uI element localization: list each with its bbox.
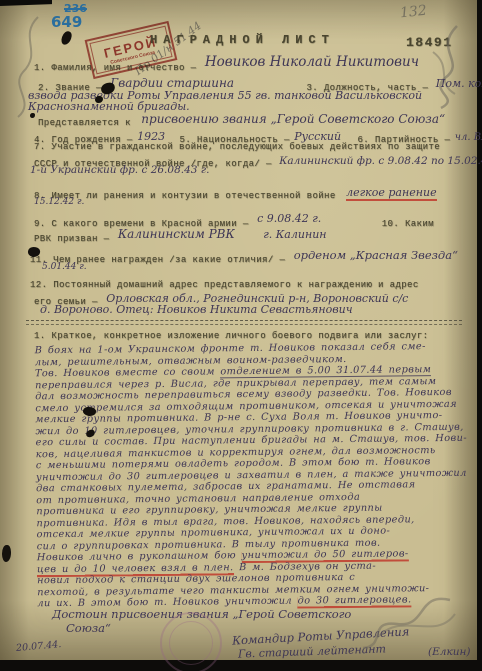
ink-blot [2, 545, 11, 562]
field-war-participation-label: 7. Участие в гражданской войне, последую… [34, 142, 440, 152]
feat-line-19-underlined: уничтожил до 50 гитлеров- [241, 548, 408, 561]
presented-for-row: Представляется к присвоению звания „Геро… [38, 112, 445, 130]
presented-for-value: присвоению звания „Герой Советского Союз… [141, 112, 445, 126]
feat-line-19-pre: Новиков лично в рукопашном бою [37, 550, 242, 563]
feat-heading: 1. Краткое, конкретное изложение личного… [34, 331, 428, 341]
dashed-divider [26, 320, 462, 325]
field-previous-awards-row: 11. Чем ранее награжден /за какие отличи… [30, 249, 458, 267]
field-rank-value: Гвардии старшина [110, 76, 234, 90]
field-wounds-value: легкое ранение [346, 186, 436, 199]
ink-blot [60, 30, 73, 46]
field-previous-awards-value: орденом „Красная Звезда“ [294, 248, 458, 262]
round-seal-stamp [160, 612, 222, 671]
conclusion-line2: Союза“ [66, 621, 111, 635]
signature-date: 20.07.44. [16, 639, 62, 654]
document-title: НАГРАДНОЙ ЛИСТ [150, 33, 335, 47]
field-position-value: Пом. ком-ра [436, 77, 482, 90]
field-name-row: 1. Фамилия, имя и отчество — Новиков Ник… [34, 57, 419, 75]
field-drafted-by-value: Калининским РВК [118, 227, 235, 241]
scan-edge-top [0, 0, 52, 6]
presented-for-label: Представляется к [38, 118, 131, 128]
scanned-award-document: 236 649 Пр 01/н 51.44 ГЕРОЙ Советского С… [0, 0, 482, 671]
field-war-participation-value: Калининский фр. с 9.08.42 по 15.02.43 [279, 155, 482, 167]
signature-scribble-bottom [355, 588, 465, 656]
signature-scribble-top [415, 22, 475, 112]
field-previous-awards-date: 5.01.44 г. [42, 262, 87, 272]
field-wounds-row: 8. Имеет ли ранения и контузии в отечест… [34, 185, 437, 203]
field-drafted-by-label: 10. Каким [382, 219, 434, 229]
field-home-address-label: 12. Постоянный домашний адрес представля… [30, 280, 419, 290]
sheet-number: 132 [399, 3, 427, 22]
field-drafted-by-city: г. Калинин [263, 228, 326, 241]
field-drafted-by-row2: РВК призван — Калининским РВК г. Калинин [34, 228, 327, 246]
field-party-value: чл. ВЛКСМ [455, 132, 482, 143]
feat-line-20-post: В м. Бодзехув он уста- [233, 560, 376, 572]
field-wounds-date: 15.12.42 г. [34, 197, 84, 207]
field-drafted-by-label2: РВК призван — [34, 234, 109, 244]
field-home-address-value2: д. Вороново. Отец: Новиков Никита Севаст… [40, 303, 353, 316]
archive-new-number: 649 [51, 13, 82, 31]
field-war-participation-value2: 1-й Украинский фр. с 26.08.43 г. [30, 164, 209, 176]
paper-sheet: 236 649 Пр 01/н 51.44 ГЕРОЙ Советского С… [0, 0, 477, 660]
feat-line-3-pre: Тов. Новиков вместе со своим [35, 366, 221, 379]
round-seal-inner-ring [169, 621, 213, 665]
feat-description: В боях на 1-ом Украинском фронте т. Нови… [35, 341, 470, 610]
field-name-label: 1. Фамилия, имя и отчество — [34, 63, 196, 73]
field-army-since-value: с 9.08.42 г. [257, 212, 321, 225]
field-name-value: Новиков Николай Никитович [205, 54, 419, 70]
